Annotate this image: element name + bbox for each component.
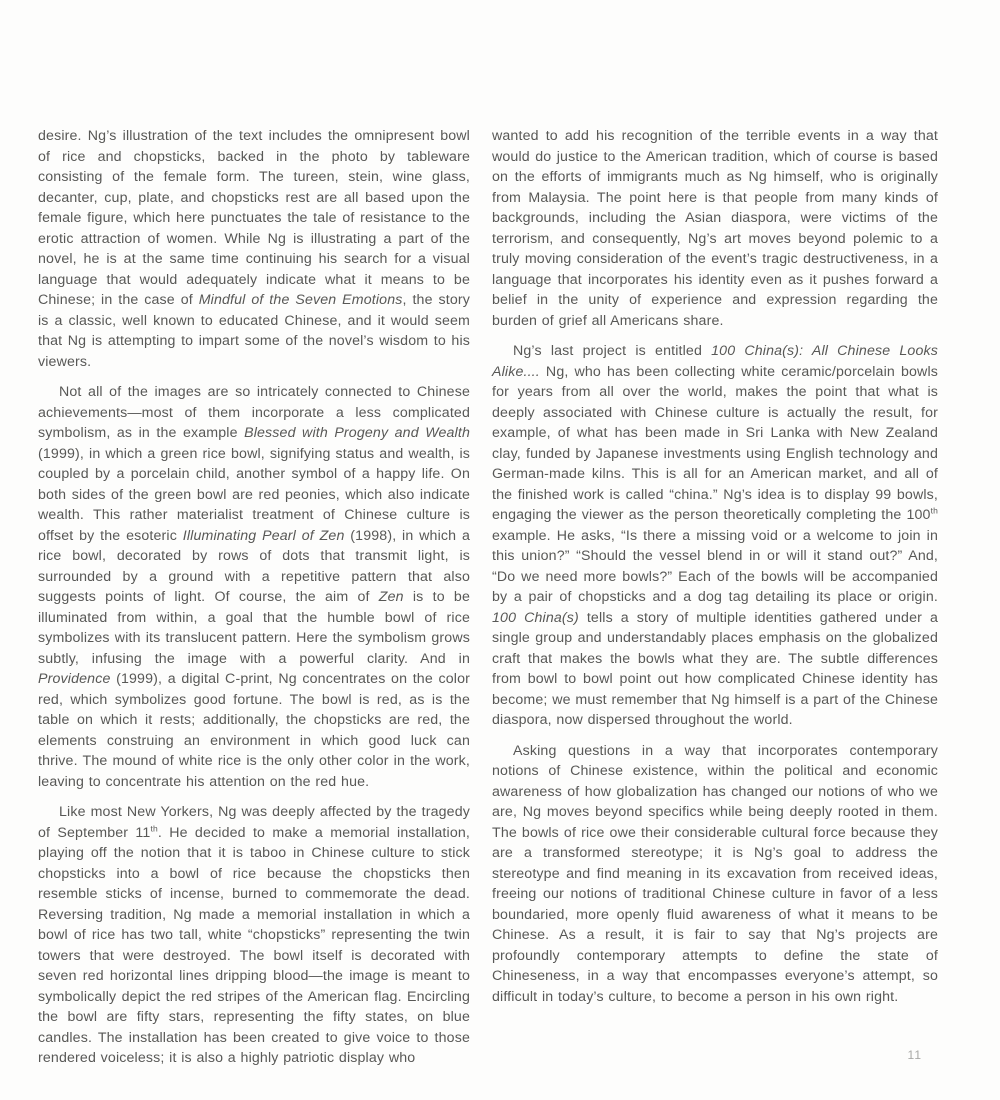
paragraph: Ng’s last project is entitled 100 China(… bbox=[492, 341, 938, 731]
left-column: desire. Ng’s illustration of the text in… bbox=[38, 126, 470, 1069]
paragraph: Asking questions in a way that incorpora… bbox=[492, 741, 938, 1008]
paragraph: desire. Ng’s illustration of the text in… bbox=[38, 126, 470, 372]
paragraph: Like most New Yorkers, Ng was deeply aff… bbox=[38, 802, 470, 1069]
document-page: desire. Ng’s illustration of the text in… bbox=[0, 0, 1000, 1100]
paragraph: wanted to add his recognition of the ter… bbox=[492, 126, 938, 331]
page-number: 11 bbox=[908, 1048, 922, 1062]
right-column: wanted to add his recognition of the ter… bbox=[492, 126, 938, 1069]
paragraph: Not all of the images are so intricately… bbox=[38, 382, 470, 792]
text-columns: desire. Ng’s illustration of the text in… bbox=[38, 126, 938, 1069]
